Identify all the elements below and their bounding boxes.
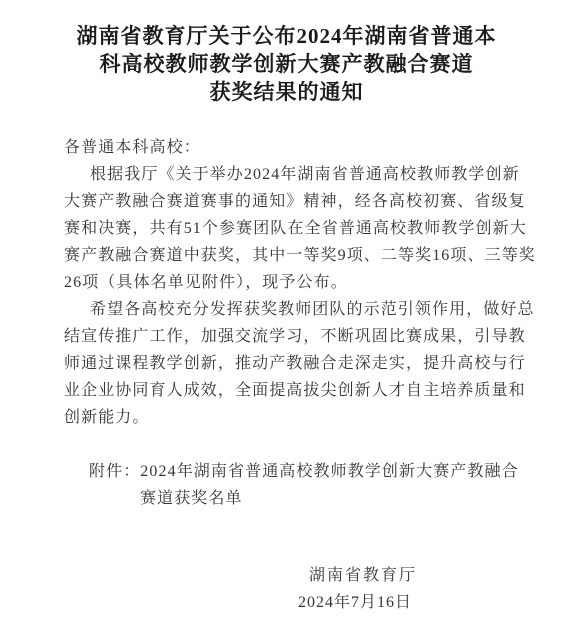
salutation: 各普通本科高校：	[64, 134, 509, 161]
body-line-8: 师通过课程教学创新，推动产教融合走深走实，提升高校与行	[64, 350, 509, 377]
body-line-4: 赛产教融合赛道中获奖，其中一等奖9项、二等奖16项、三等奖	[64, 242, 509, 269]
attachment-section: 附件：2024年湖南省普通高校教师教学创新大赛产教融合 赛道获奖名单	[64, 458, 509, 512]
body-line-3: 赛和决赛，共有51个参赛团队在全省普通高校教师教学创新大	[64, 215, 509, 242]
body-line-5: 26项（具体名单见附件），现予公布。	[64, 269, 509, 296]
document-page: 湖南省教育厅关于公布2024年湖南省普通本 科高校教师教学创新大赛产教融合赛道 …	[0, 0, 566, 628]
title-line-2: 科高校教师教学创新大赛产教融合赛道	[64, 50, 509, 78]
signature-block: 湖南省教育厅 2024年7月16日	[64, 562, 509, 616]
body-line-2: 大赛产教融合赛道赛事的通知》精神，经各高校初赛、省级复	[64, 188, 509, 215]
document-body: 各普通本科高校： 根据我厅《关于举办2024年湖南省普通高校教师教学创新 大赛产…	[64, 134, 509, 616]
attachment-line-1: 附件：2024年湖南省普通高校教师教学创新大赛产教融合	[64, 458, 509, 485]
body-line-10: 创新能力。	[64, 404, 509, 431]
issue-date: 2024年7月16日	[64, 589, 509, 616]
body-line-7: 结宣传推广工作，加强交流学习，不断巩固比赛成果，引导教	[64, 323, 509, 350]
title-line-3: 获奖结果的通知	[64, 78, 509, 106]
attachment-line-2: 赛道获奖名单	[64, 485, 509, 512]
issuer-name: 湖南省教育厅	[64, 562, 509, 589]
body-line-1: 根据我厅《关于举办2024年湖南省普通高校教师教学创新	[64, 161, 509, 188]
body-line-9: 业企业协同育人成效，全面提高拔尖创新人才自主培养质量和	[64, 377, 509, 404]
document-title: 湖南省教育厅关于公布2024年湖南省普通本 科高校教师教学创新大赛产教融合赛道 …	[64, 22, 509, 106]
body-line-6: 希望各高校充分发挥获奖教师团队的示范引领作用，做好总	[64, 296, 509, 323]
title-line-1: 湖南省教育厅关于公布2024年湖南省普通本	[64, 22, 509, 50]
